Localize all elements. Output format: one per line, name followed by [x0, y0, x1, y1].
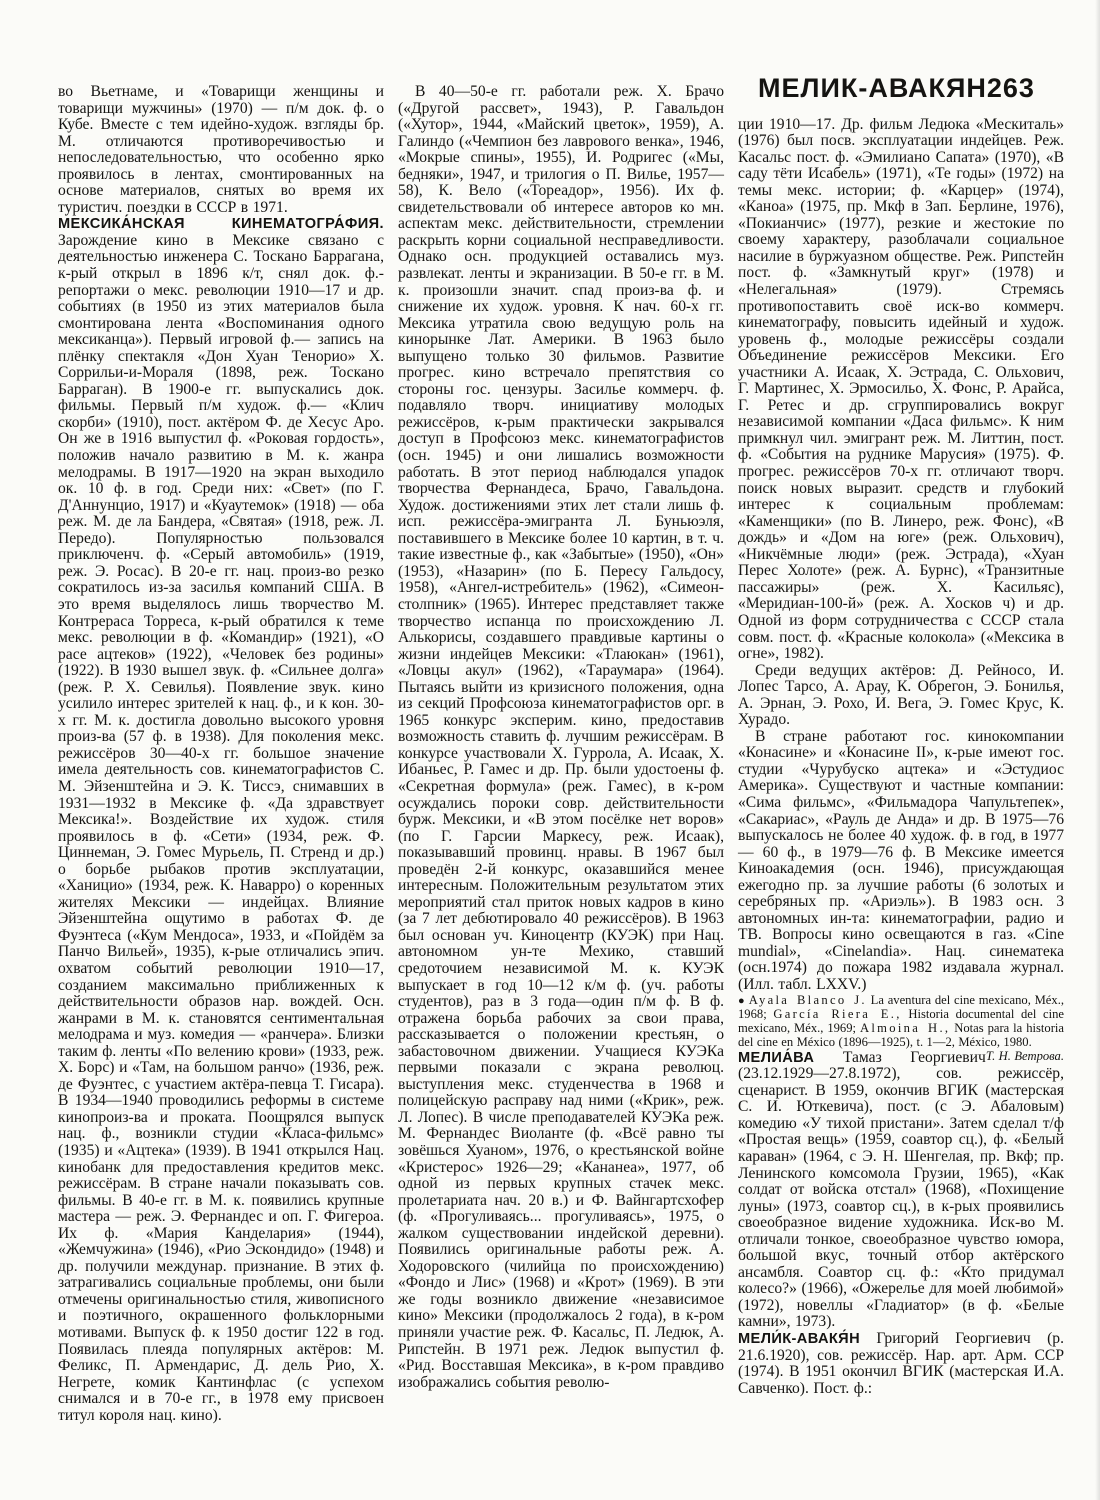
entry-headword: МЕЛИА́ВА [738, 1050, 814, 1066]
entry-melik-avakyan: МЕЛИ́К-АВАКЯ́Н Григорий Георгиевич (р. 2… [738, 1331, 1064, 1397]
encyclopedia-page: во Вьетнаме, и «Товарищи женщины и товар… [0, 0, 1100, 1500]
paragraph-leading-actors: Среди ведущих актёров: Д. Рейносо, И. Ло… [738, 663, 1064, 729]
paragraph-article-continuation: В 40—50-е гг. работали реж. Х. Брачо («Д… [398, 84, 724, 1391]
entry-mexican-cinematography: МЕКСИКА́НСКАЯ КИНЕМАТОГРА́ФИЯ. Зарождени… [58, 216, 384, 1424]
entry-body-text: Зарождение кино в Мексике связано с деят… [58, 232, 384, 1424]
entry-headword: МЕЛИ́К-АВАКЯ́Н [738, 1331, 860, 1347]
column-right: МЕЛИК-АВАКЯН 263 ции 1910—17. Др. фильм … [738, 84, 1064, 1424]
entry-body-text: Тамаз Георгиевич (23.12.1929—27.8.1972),… [738, 1049, 1064, 1331]
bibliography-author: García Riera E., [773, 1007, 901, 1021]
entry-headword: МЕКСИКА́НСКАЯ КИНЕМАТОГРА́ФИЯ. [58, 216, 384, 232]
paragraph-film-companies: В стране работают гос. кинокомпании «Кон… [738, 729, 1064, 994]
page-number: 263 [987, 80, 1035, 97]
bibliography-author: Almoina H., [860, 1021, 950, 1035]
bibliography-author: Ayala Blanco J. [749, 993, 867, 1007]
text-columns: во Вьетнаме, и «Товарищи женщины и товар… [58, 84, 1064, 1424]
running-head-word: МЕЛИК-АВАКЯН [758, 80, 987, 97]
bibliography: ● Ayala Blanco J. La aventura del cine m… [738, 994, 1064, 1050]
bibliography-bullet-icon: ● [738, 995, 745, 1007]
paragraph-previous-entry-tail: во Вьетнаме, и «Товарищи женщины и товар… [58, 84, 384, 216]
entry-meliava: МЕЛИА́ВА Тамаз Георгиевич (23.12.1929—27… [738, 1050, 1064, 1331]
column-left: во Вьетнаме, и «Товарищи женщины и товар… [58, 84, 384, 1424]
author-signature: Т. Н. Ветрова. [986, 1050, 1064, 1064]
running-head: МЕЛИК-АВАКЯН 263 [738, 80, 1064, 97]
column-middle: В 40—50-е гг. работали реж. Х. Брачо («Д… [398, 84, 724, 1424]
paragraph-article-continuation: ции 1910—17. Др. фильм Ледюка «Мескиталь… [738, 117, 1064, 663]
